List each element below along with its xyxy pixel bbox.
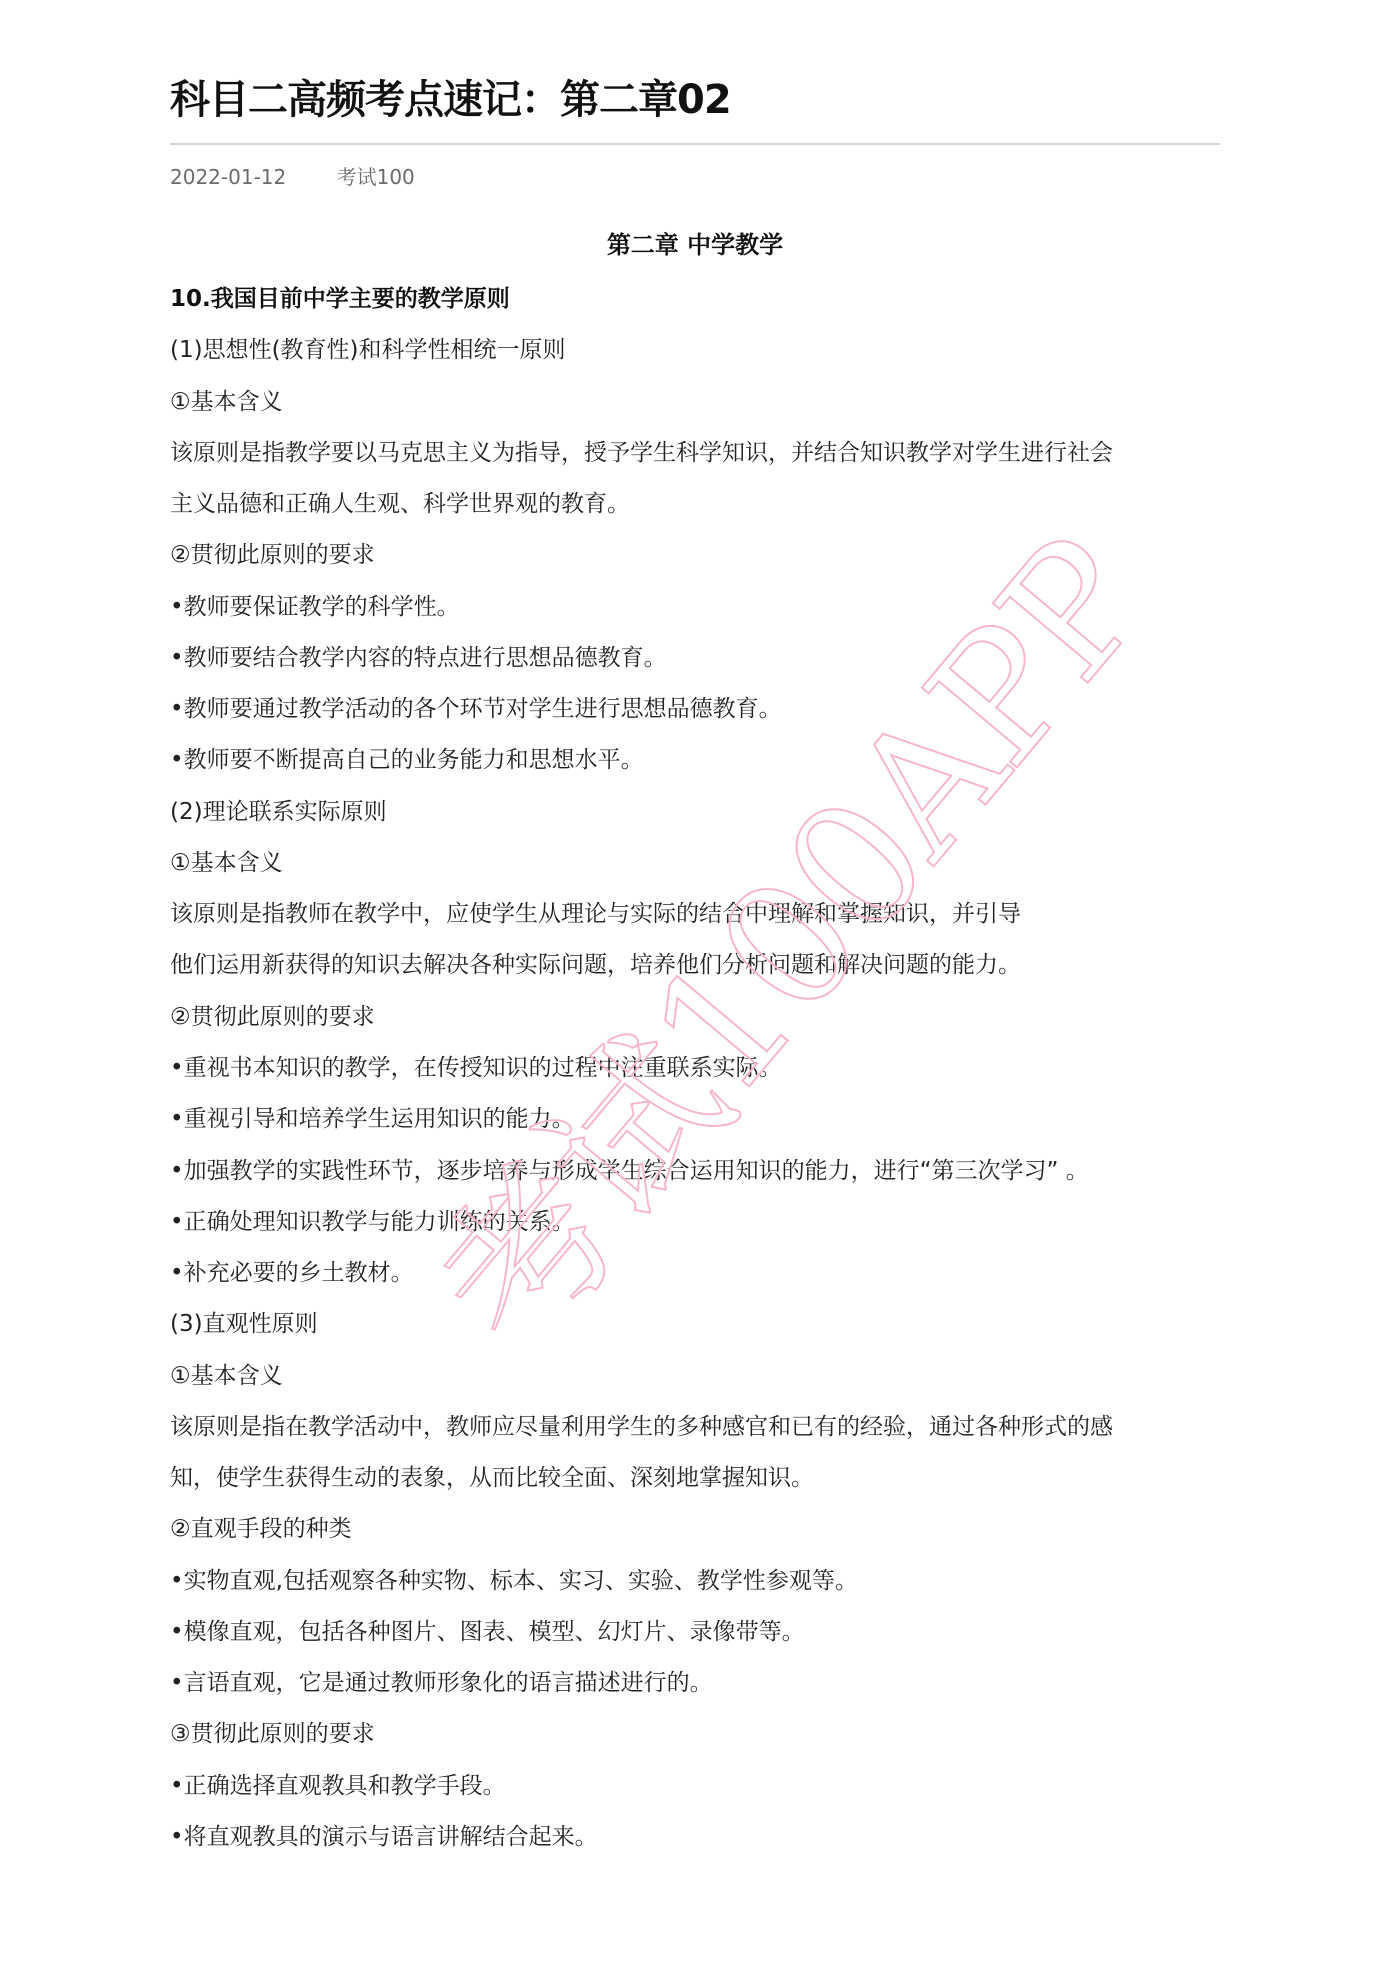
- subheading: ②贯彻此原则的要求: [170, 992, 1250, 1043]
- bullet-item: •实物直观,包括观察各种实物、标本、实习、实验、教学性参观等。: [170, 1556, 1250, 1607]
- paragraph-line: 他们运用新获得的知识去解决各种实际问题，培养他们分析问题和解决问题的能力。: [170, 940, 1250, 991]
- bullet-item: •重视引导和培养学生运用知识的能力。: [170, 1094, 1250, 1145]
- subheading: ③贯彻此原则的要求: [170, 1709, 1250, 1760]
- bullet-item: •正确处理知识教学与能力训练的关系。: [170, 1197, 1250, 1248]
- bullet-item: •教师要保证教学的科学性。: [170, 582, 1250, 633]
- principle-heading: (2)理论联系实际原则: [170, 787, 1250, 838]
- principle-heading: (1)思想性(教育性)和科学性相统一原则: [170, 325, 1250, 376]
- paragraph-line: 主义品德和正确人生观、科学世界观的教育。: [170, 479, 1250, 530]
- author-link[interactable]: 考试100: [337, 165, 415, 189]
- bullet-item: •将直观教具的演示与语言讲解结合起来。: [170, 1812, 1250, 1863]
- principle-heading: (3)直观性原则: [170, 1299, 1250, 1350]
- chapter-heading: 第二章 中学教学: [170, 229, 1220, 261]
- paragraph-line: 该原则是指教师在教学中，应使学生从理论与实际的结合中理解和掌握知识，并引导: [170, 889, 1250, 940]
- article-meta: 2022-01-12 考试100: [170, 164, 415, 190]
- bullet-item: •教师要结合教学内容的特点进行思想品德教育。: [170, 633, 1250, 684]
- publish-date: 2022-01-12: [170, 165, 286, 189]
- bullet-item: •模像直观，包括各种图片、图表、模型、幻灯片、录像带等。: [170, 1607, 1250, 1658]
- bullet-item: •加强教学的实践性环节，逐步培养与形成学生综合运用知识的能力，进行“第三次学习”…: [170, 1146, 1250, 1197]
- subheading: ①基本含义: [170, 838, 1250, 889]
- bullet-item: •言语直观，它是通过教师形象化的语言描述进行的。: [170, 1658, 1250, 1709]
- subheading: ①基本含义: [170, 377, 1250, 428]
- bullet-item: •正确选择直观教具和教学手段。: [170, 1761, 1250, 1812]
- subheading: ①基本含义: [170, 1351, 1250, 1402]
- title-divider: [170, 143, 1220, 145]
- bullet-item: •重视书本知识的教学，在传授知识的过程中注重联系实际。: [170, 1043, 1250, 1094]
- bullet-item: •补充必要的乡土教材。: [170, 1248, 1250, 1299]
- article-body: 10.我国目前中学主要的教学原则 (1)思想性(教育性)和科学性相统一原则 ①基…: [170, 274, 1250, 1863]
- subheading: ②直观手段的种类: [170, 1504, 1250, 1555]
- section-heading: 10.我国目前中学主要的教学原则: [170, 274, 1250, 325]
- subheading: ②贯彻此原则的要求: [170, 530, 1250, 581]
- bullet-item: •教师要不断提高自己的业务能力和思想水平。: [170, 735, 1250, 786]
- paragraph-line: 该原则是指在教学活动中，教师应尽量利用学生的多种感官和已有的经验，通过各种形式的…: [170, 1402, 1250, 1453]
- bullet-item: •教师要通过教学活动的各个环节对学生进行思想品德教育。: [170, 684, 1250, 735]
- article-title: 科目二高频考点速记：第二章02: [170, 74, 731, 126]
- paragraph-line: 知，使学生获得生动的表象，从而比较全面、深刻地掌握知识。: [170, 1453, 1250, 1504]
- paragraph-line: 该原则是指教学要以马克思主义为指导，授予学生科学知识，并结合知识教学对学生进行社…: [170, 428, 1250, 479]
